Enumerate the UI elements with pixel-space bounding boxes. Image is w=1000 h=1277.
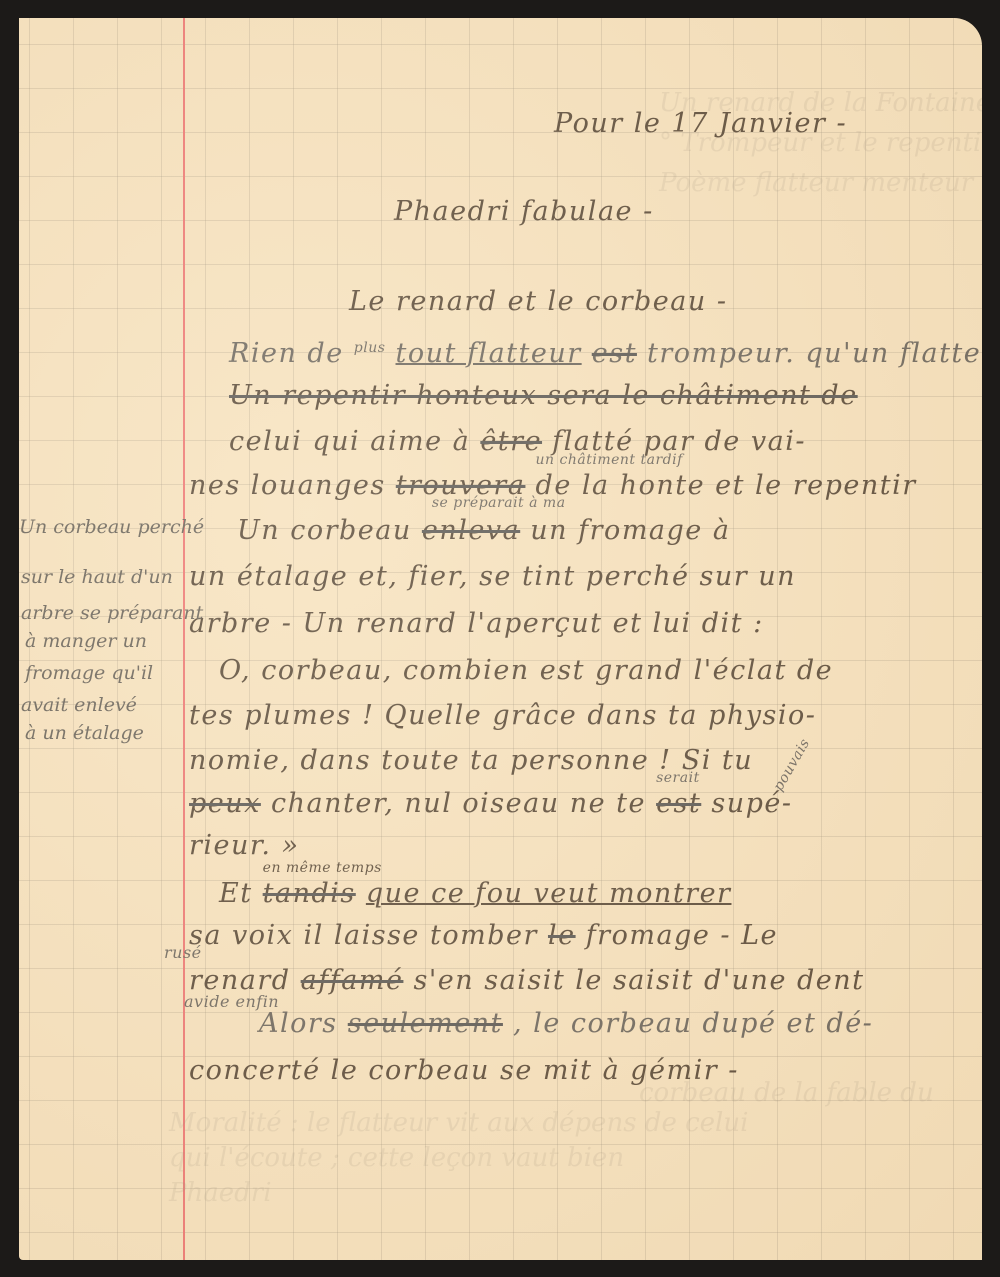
body-line: avide enfin Alors seulement , le corbeau… [259,1008,873,1039]
body-line: rusé renard affamé s'en saisit le saisit… [189,965,865,996]
margin-note-line: fromage qu'il [25,662,153,684]
body-line: concerté le corbeau se mit à gémir - [189,1055,739,1086]
body-line: Un corbeau se préparait à ma enleva un f… [237,515,730,546]
body-line: celui qui aime à être flatté par de vai- [229,426,806,457]
bleed-through-text: Moralité : le flatteur vit aux dépens de… [169,1108,748,1138]
heading-date: Pour le 17 Janvier - [554,108,847,139]
body-line: Rien de plus tout flatteur est trompeur.… [229,338,982,369]
body-line: Et en même temps tandis que ce fou veut … [219,878,731,909]
margin-note-line: arbre se préparant [21,602,203,624]
body-line: nomie, dans toute ta personne ! Si tu po… [189,745,821,776]
body-line: Un repentir honteux sera le châtiment de [229,380,858,411]
bleed-through-text: qui l'écoute ; cette leçon vaut bien [169,1143,624,1173]
margin-rule [183,18,185,1260]
body-line: tes plumes ! Quelle grâce dans ta physio… [189,700,816,731]
fable-subtitle: Le renard et le corbeau - [349,286,727,317]
body-line: peux chanter, nul oiseau ne te serait es… [189,788,793,819]
margin-note-line: sur le haut d'un [21,566,173,588]
notebook-page: Un renard de la Fontaine ° Trompeur et l… [19,18,982,1260]
margin-note-line: à un étalage [25,722,144,744]
body-line: un étalage et, fier, se tint perché sur … [189,561,796,592]
margin-note-line: Un corbeau perché [19,516,204,538]
body-line: sa voix il laisse tomber le fromage - Le [189,920,778,951]
body-line: rieur. » [189,830,300,861]
margin-note-line: avait enlevé [21,694,137,716]
document-title: Phaedri fabulae - [394,196,654,227]
margin-note-line: à manger un [25,630,147,652]
bleed-through-text: Phaedri [169,1178,272,1208]
body-line: O, corbeau, combien est grand l'éclat de [219,655,833,686]
body-line: arbre - Un renard l'aperçut et lui dit : [189,608,764,639]
bleed-through-text: Poème flatteur menteur [659,168,973,198]
